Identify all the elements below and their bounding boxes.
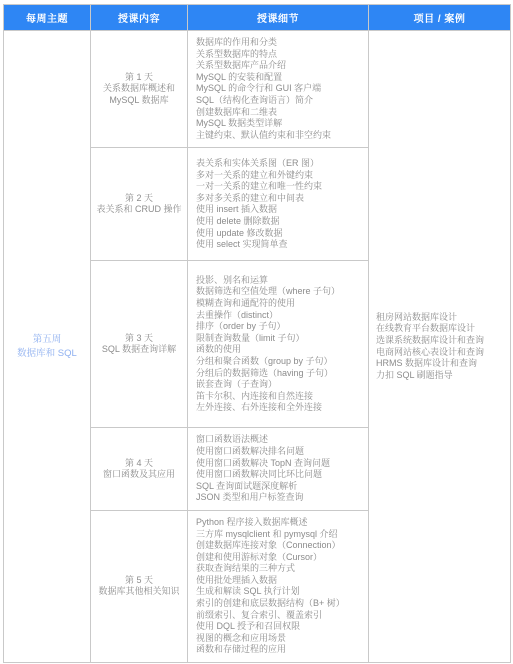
course-syllabus-table: 每周主题 授课内容 授课细节 项目 / 案例 第五周 数据库和 SQL 第 1 … — [3, 4, 511, 663]
day1-details-cell: 数据库的作用和分类 关系型数据库的特点 关系型数据库产品介绍 MySQL 的安装… — [188, 31, 369, 148]
table-row-day1: 第五周 数据库和 SQL 第 1 天 关系数据库概述和 MySQL 数据库 数据… — [4, 31, 511, 148]
day5-details-cell: Python 程序接入数据库概述 三方库 mysqlclient 和 pymys… — [188, 510, 369, 662]
header-col-projects-cases: 项目 / 案例 — [369, 5, 511, 31]
day4-label-cell: 第 4 天 窗口函数及其应用 — [91, 428, 188, 511]
day2-label-cell: 第 2 天 表关系和 CRUD 操作 — [91, 148, 188, 261]
day3-label-cell: 第 3 天 SQL 数据查询详解 — [91, 261, 188, 428]
projects-cases-cell: 租房网站数据库设计 在线教育平台数据库设计 选课系统数据库设计和查询 电商网站核… — [369, 31, 511, 663]
day4-details-cell: 窗口函数语法概述 使用窗口函数解决排名问题 使用窗口函数解决 TopN 查询问题… — [188, 428, 369, 511]
header-col-teaching-details: 授课细节 — [188, 5, 369, 31]
day2-details-cell: 表关系和实体关系图（ER 图） 多对一关系的建立和外键约束 一对一关系的建立和唯… — [188, 148, 369, 261]
day3-details-cell: 投影、别名和运算 数据筛选和空值处理（where 子句） 模糊查询和通配符的使用… — [188, 261, 369, 428]
header-col-teaching-content: 授课内容 — [91, 5, 188, 31]
header-col-weekly-topic: 每周主题 — [4, 5, 91, 31]
day5-label-cell: 第 5 天 数据库其他相关知识 — [91, 510, 188, 662]
table-header-row: 每周主题 授课内容 授课细节 项目 / 案例 — [4, 5, 511, 31]
day1-label-cell: 第 1 天 关系数据库概述和 MySQL 数据库 — [91, 31, 188, 148]
week-topic-cell: 第五周 数据库和 SQL — [4, 31, 91, 663]
